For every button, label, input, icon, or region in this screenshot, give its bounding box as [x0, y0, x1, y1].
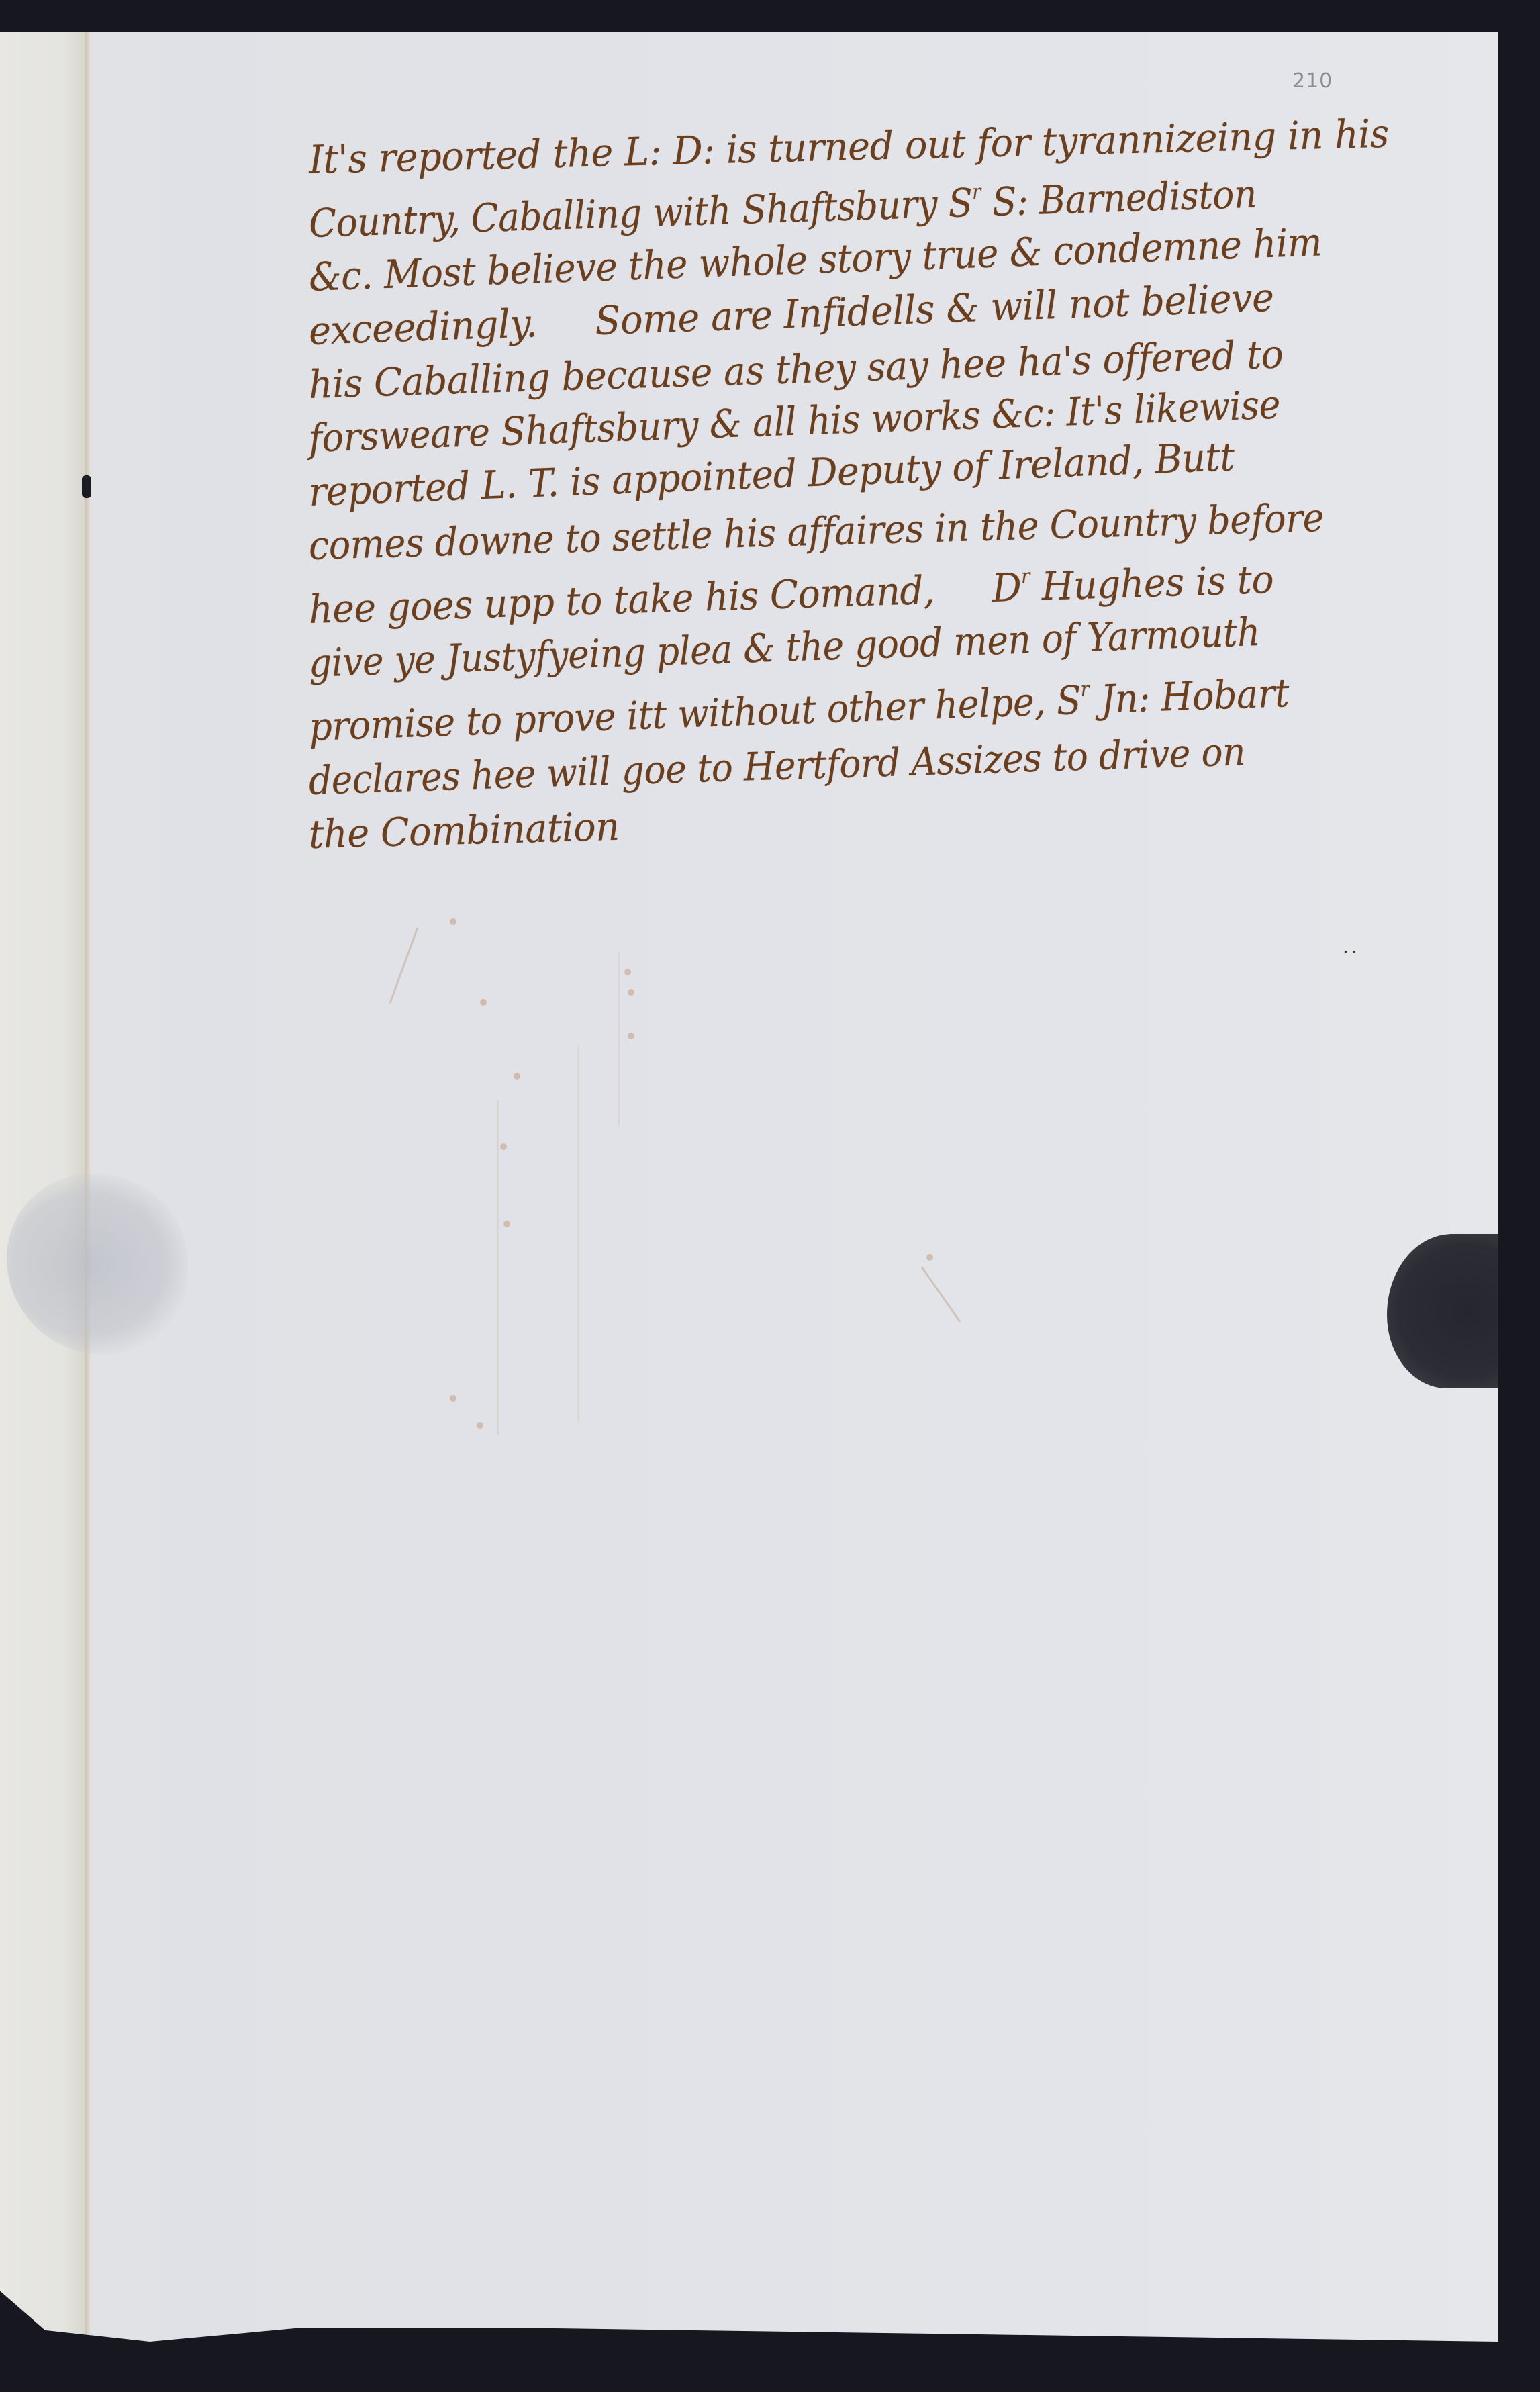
spacer [538, 334, 595, 336]
end-mark: .. [1343, 935, 1360, 957]
superscript: r [972, 181, 981, 204]
line-text: the Combination [308, 804, 620, 857]
line-text: D [992, 565, 1022, 611]
ink-bleed-through [376, 912, 980, 1751]
line-text: Hughes is to [1029, 557, 1274, 610]
line-text: Jn: Hobart [1089, 670, 1290, 722]
line-text: S: Barnediston [980, 171, 1257, 226]
edge-tear-damage [1387, 1234, 1501, 1388]
folio-number: 210 [1292, 69, 1333, 93]
superscript: r [1080, 677, 1090, 701]
manuscript-page: 210 It's reported the L: D: is turned ou… [0, 32, 1498, 2342]
line-text: exceedingly. [308, 300, 538, 354]
binding-hole [82, 475, 91, 498]
manuscript-text: It's reported the L: D: is turned out fo… [309, 133, 1490, 861]
spacer [935, 602, 992, 604]
